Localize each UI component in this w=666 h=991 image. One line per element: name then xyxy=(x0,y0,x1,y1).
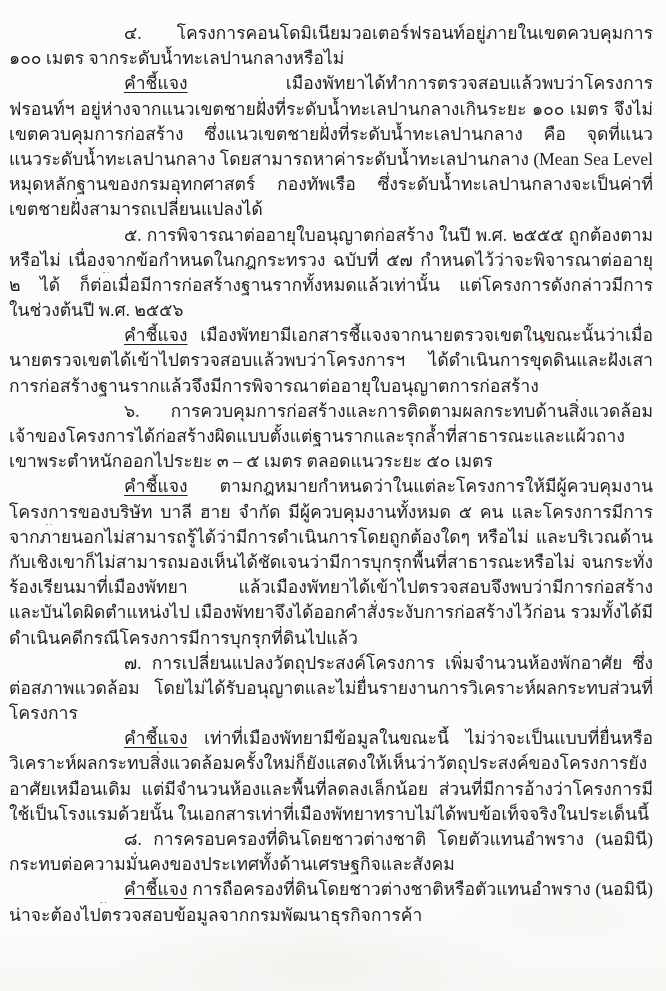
text-line: การก่อสร้างฐานรากแล้วจึงมีการพิจารณาต่ออ… xyxy=(9,374,653,399)
text-line: คำชี้แจง เท่าที่เมืองพัทยามีข้อมูลในขณะน… xyxy=(9,726,653,751)
explanation-label: คำชี้แจง xyxy=(124,728,188,748)
text-line: ต่อสภาพแวดล้อม โดยไม่ได้รับอนุญาตและไม่ย… xyxy=(9,676,653,701)
explanation-label: คำชี้แจง xyxy=(124,73,188,93)
text-run: เท่าที่เมืองพัทยามีข้อมูลในขณะนี้ ไม่ว่า… xyxy=(9,728,653,751)
text-run: ตามกฎหมายกำหนดว่าในแต่ละโครงการให้มีผู้ค… xyxy=(9,476,653,499)
text-line: คำชี้แจง การถือครองที่ดินโดยชาวต่างชาติห… xyxy=(9,877,653,902)
paragraph-topic-8: ๘. การครอบครองที่ดินโดยชาวต่างชาติ โดยตั… xyxy=(9,827,653,877)
paragraph-topic-5: ๕. การพิจารณาต่ออายุใบอนุญาตก่อสร้าง ในป… xyxy=(9,223,653,324)
text-line: ร้องเรียนมาที่เมืองพัทยา แล้วเมืองพัทยาไ… xyxy=(9,575,653,600)
text-line: หรือไม่ เนื่องจากข้อกำหนดในกฎกระทรวง ฉบั… xyxy=(9,248,653,273)
text-line: เขตชายฝั่งสามารถเปลี่ยนแปลงได้ xyxy=(9,197,653,222)
text-line: อาศัยเหมือนเดิม แต่มีจำนวนห้องและพื้นที่… xyxy=(9,777,653,802)
text-line: เขตควบคุมการก่อสร้าง ซึ่งแนวเขตชายฝั่งที… xyxy=(9,122,653,147)
text-line: กระทบต่อความมั่นคงของประเทศทั้งด้านเศรษฐ… xyxy=(9,852,653,877)
paragraph-topic-6: ๖. การควบคุมการก่อสร้างและการติดตามผลกระ… xyxy=(9,399,653,475)
text-line: คำชี้แจง ตามกฎหมายกำหนดว่าในแต่ละโครงการ… xyxy=(9,474,653,499)
explanation-label: คำชี้แจง xyxy=(124,879,188,899)
text-run: การถือครองที่ดินโดยชาวต่างชาติหรือตัวแทน… xyxy=(9,879,653,902)
text-line: ๗. การเปลี่ยนแปลงวัตถุประสงค์โครงการ เพิ… xyxy=(9,651,653,676)
text-run: เมืองพัทยามีเอกสารชี้แจงจากนายตรวจเขตในข… xyxy=(9,325,653,348)
paragraph-explanation-7: คำชี้แจง เท่าที่เมืองพัทยามีข้อมูลในขณะน… xyxy=(9,726,653,827)
text-line: ๘. การครอบครองที่ดินโดยชาวต่างชาติ โดยตั… xyxy=(9,827,653,852)
paragraph-explanation-4: คำชี้แจง เมืองพัทยาได้ทำการตรวจสอบแล้วพบ… xyxy=(9,71,653,222)
text-line: ๒ ได้ ก็ต่อเมื่อมีการก่อสร้างฐานรากทั้งห… xyxy=(9,273,653,298)
text-line: โครงการ xyxy=(9,701,653,726)
text-line: น่าจะต้องไปตรวจสอบข้อมูลจากกรมพัฒนาธุรกิ… xyxy=(9,903,653,928)
paragraph-topic-4: ๔. โครงการคอนโดมิเนียมวอเตอร์ฟรอนท์อยู่ภ… xyxy=(9,21,653,71)
paragraph-explanation-8: คำชี้แจง การถือครองที่ดินโดยชาวต่างชาติห… xyxy=(9,877,653,927)
text-line: ในช่วงต้นปี พ.ศ. ๒๕๕๖ xyxy=(9,298,653,323)
paragraph-topic-7: ๗. การเปลี่ยนแปลงวัตถุประสงค์โครงการ เพิ… xyxy=(9,651,653,727)
text-line: หมุดหลักฐานของกรมอุทกศาสตร์ กองทัพเรือ ซ… xyxy=(9,172,653,197)
text-line: ๔. โครงการคอนโดมิเนียมวอเตอร์ฟรอนท์อยู่ภ… xyxy=(9,21,653,46)
text-line: เจ้าของโครงการได้ก่อสร้างผิดแบบตั้งแต่ฐา… xyxy=(9,424,653,449)
text-line: ๖. การควบคุมการก่อสร้างและการติดตามผลกระ… xyxy=(9,399,653,424)
document-body: ๔. โครงการคอนโดมิเนียมวอเตอร์ฟรอนท์อยู่ภ… xyxy=(9,21,653,928)
paragraph-explanation-6: คำชี้แจง ตามกฎหมายกำหนดว่าในแต่ละโครงการ… xyxy=(9,474,653,650)
paragraph-explanation-5: คำชี้แจง เมืองพัทยามีเอกสารชี้แจงจากนายต… xyxy=(9,323,653,399)
text-line: ๕. การพิจารณาต่ออายุใบอนุญาตก่อสร้าง ในป… xyxy=(9,223,653,248)
text-line: ฟรอนท์ฯ อยู่ห่างจากแนวเขตชายฝั่งที่ระดับ… xyxy=(9,97,653,122)
text-line: จากภายนอกไม่สามารถรู้ได้ว่ามีการดำเนินกา… xyxy=(9,525,653,550)
text-line: เขาพระตำหนักออกไประยะ ๓ – ๕ เมตร ตลอดแนว… xyxy=(9,449,653,474)
text-line: คำชี้แจง เมืองพัทยาได้ทำการตรวจสอบแล้วพบ… xyxy=(9,71,653,96)
text-line: นายตรวจเขตได้เข้าไปตรวจสอบแล้วพบว่าโครงก… xyxy=(9,348,653,373)
text-line: โครงการของบริษัท บาลี ฮาย จำกัด มีผู้ควบ… xyxy=(9,500,653,525)
text-run: เมืองพัทยาได้ทำการตรวจสอบแล้วพบว่าโครงกา… xyxy=(9,73,653,96)
text-line: ใช้เป็นโรงแรมด้วยนั้น ในเอกสารเท่าที่เมื… xyxy=(9,802,653,827)
text-line: คำชี้แจง เมืองพัทยามีเอกสารชี้แจงจากนายต… xyxy=(9,323,653,348)
text-line: แนวระดับน้ำทะเลปานกลาง โดยสามารถหาค่าระด… xyxy=(9,147,653,172)
text-line: ๑๐๐ เมตร จากระดับน้ำทะเลปานกลางหรือไม่ xyxy=(9,46,653,71)
scanned-document-page: { "page": { "paper_color": "#fcfcfa", "i… xyxy=(0,0,666,991)
explanation-label: คำชี้แจง xyxy=(124,325,188,345)
text-line: กับเชิงเขาก็ไม่สามารถมองเห็นได้ชัดเจนว่า… xyxy=(9,550,653,575)
text-line: วิเคราะห์ผลกระทบสิ่งแวดล้อมครั้งใหม่ก็ยั… xyxy=(9,751,653,776)
text-line: และบันไดผิดตำแหน่งไป เมืองพัทยาจึงได้ออก… xyxy=(9,600,653,625)
text-line: ดำเนินคดีกรณีโครงการมีการบุกรุกที่ดินไปแ… xyxy=(9,626,653,651)
explanation-label: คำชี้แจง xyxy=(124,476,188,496)
